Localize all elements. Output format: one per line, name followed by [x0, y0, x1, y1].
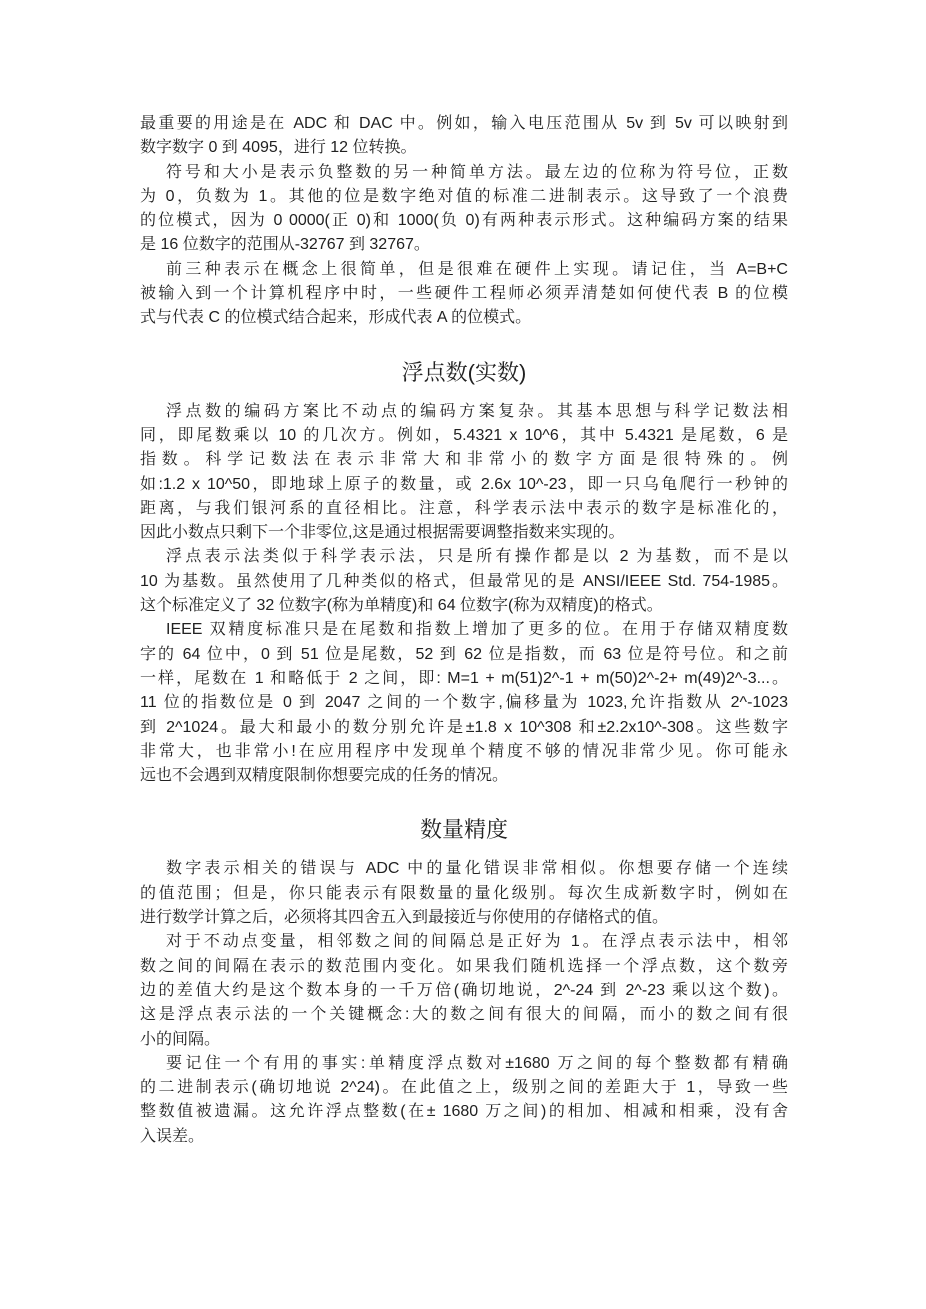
text-line: 指数。科学记数法在表示非常大和非常小的数字方面是很特殊的。例 — [140, 448, 788, 472]
text-line: 式与代表 C 的位模式结合起来，形成代表 A 的位模式。 — [140, 306, 788, 330]
paragraph: 最重要的用途是在 ADC 和 DAC 中。例如，输入电压范围从 5v 到 5v … — [140, 112, 788, 161]
text-line: 浮点数的编码方案比不动点的编码方案复杂。其基本思想与科学记数法相 — [140, 400, 788, 424]
section-heading-numeric-precision: 数量精度 — [140, 813, 788, 846]
text-line: 被输入到一个计算机程序中时，一些硬件工程师必须弄清楚如何使代表 B 的位模 — [140, 282, 788, 306]
text-line: 数字数字 0 到 4095，进行 12 位转换。 — [140, 136, 788, 160]
text-line: 前三种表示在概念上很简单，但是很难在硬件上实现。请记住，当 A=B+C — [140, 258, 788, 282]
text-line: 字的 64 位中，0 到 51 位是尾数，52 到 62 位是指数，而 63 位… — [140, 643, 788, 667]
text-line: 整数值被遗漏。这允许浮点整数(在± 1680 万之间)的相加、相减和相乘，没有舍 — [140, 1100, 788, 1124]
paragraph: 浮点数的编码方案比不动点的编码方案复杂。其基本思想与科学记数法相同，即尾数乘以 … — [140, 400, 788, 546]
text-line: IEEE 双精度标准只是在尾数和指数上增加了更多的位。在用于存储双精度数 — [140, 618, 788, 642]
paragraph: 符号和大小是表示负整数的另一种简单方法。最左边的位称为符号位，正数为 0，负数为… — [140, 161, 788, 258]
text-line: 进行数学计算之后，必须将其四舍五入到最接近与你使用的存储格式的值。 — [140, 906, 788, 930]
text-line: 数字表示相关的错误与 ADC 中的量化错误非常相似。你想要存储一个连续 — [140, 857, 788, 881]
text-line: 到 2^1024。最大和最小的数分别允许是±1.8 x 10^308 和±2.2… — [140, 716, 788, 740]
text-line: 一样，尾数在 1 和略低于 2 之间，即: M=1 + m(51)2^-1 + … — [140, 667, 788, 691]
text-line: 距离，与我们银河系的直径相比。注意，科学表示法中表示的数字是标准化的， — [140, 497, 788, 521]
text-line: 符号和大小是表示负整数的另一种简单方法。最左边的位称为符号位，正数 — [140, 161, 788, 185]
text-line: 最重要的用途是在 ADC 和 DAC 中。例如，输入电压范围从 5v 到 5v … — [140, 112, 788, 136]
text-line: 的位模式，因为 0 0000(正 0)和 1000(负 0)有两种表示形式。这种… — [140, 209, 788, 233]
text-line: 因此小数点只剩下一个非零位,这是通过根据需要调整指数来实现的。 — [140, 521, 788, 545]
paragraph: IEEE 双精度标准只是在尾数和指数上增加了更多的位。在用于存储双精度数字的 6… — [140, 618, 788, 788]
text-line: 的值范围；但是，你只能表示有限数量的量化级别。每次生成新数字时，例如在 — [140, 882, 788, 906]
text-line: 同，即尾数乘以 10 的几次方。例如，5.4321 x 10^6，其中 5.43… — [140, 424, 788, 448]
section-heading-floating-point: 浮点数(实数) — [140, 356, 788, 389]
paragraph: 要记住一个有用的事实:单精度浮点数对±1680 万之间的每个整数都有精确的二进制… — [140, 1052, 788, 1149]
text-line: 的二进制表示(确切地说 2^24)。在此值之上，级别之间的差距大于 1，导致一些 — [140, 1076, 788, 1100]
paragraph: 浮点表示法类似于科学表示法，只是所有操作都是以 2 为基数，而不是以10 为基数… — [140, 545, 788, 618]
text-line: 11 位的指数位是 0 到 2047 之间的一个数字,偏移量为 1023,允许指… — [140, 691, 788, 715]
document-page: 最重要的用途是在 ADC 和 DAC 中。例如，输入电压范围从 5v 到 5v … — [0, 0, 926, 1309]
text-line: 如:1.2 x 10^50，即地球上原子的数量，或 2.6x 10^-23，即一… — [140, 473, 788, 497]
text-line: 远也不会遇到双精度限制你想要完成的任务的情况。 — [140, 764, 788, 788]
text-line: 数之间的间隔在表示的数范围内变化。如果我们随机选择一个浮点数，这个数旁 — [140, 955, 788, 979]
text-line: 为 0，负数为 1。其他的位是数字绝对值的标准二进制表示。这导致了一个浪费 — [140, 185, 788, 209]
text-line: 非常大，也非常小!在应用程序中发现单个精度不够的情况非常少见。你可能永 — [140, 740, 788, 764]
text-line: 浮点表示法类似于科学表示法，只是所有操作都是以 2 为基数，而不是以 — [140, 545, 788, 569]
text-line: 这个标准定义了 32 位数字(称为单精度)和 64 位数字(称为双精度)的格式。 — [140, 594, 788, 618]
paragraph: 前三种表示在概念上很简单，但是很难在硬件上实现。请记住，当 A=B+C被输入到一… — [140, 258, 788, 331]
text-line: 要记住一个有用的事实:单精度浮点数对±1680 万之间的每个整数都有精确 — [140, 1052, 788, 1076]
paragraph: 对于不动点变量，相邻数之间的间隔总是正好为 1。在浮点表示法中，相邻数之间的间隔… — [140, 930, 788, 1051]
text-line: 对于不动点变量，相邻数之间的间隔总是正好为 1。在浮点表示法中，相邻 — [140, 930, 788, 954]
document-content: 最重要的用途是在 ADC 和 DAC 中。例如，输入电压范围从 5v 到 5v … — [140, 112, 788, 1149]
text-line: 是 16 位数字的范围从-32767 到 32767。 — [140, 233, 788, 257]
paragraph: 数字表示相关的错误与 ADC 中的量化错误非常相似。你想要存储一个连续的值范围；… — [140, 857, 788, 930]
text-line: 10 为基数。虽然使用了几种类似的格式，但最常见的是 ANSI/IEEE Std… — [140, 570, 788, 594]
text-line: 边的差值大约是这个数本身的一千万倍(确切地说，2^-24 到 2^-23 乘以这… — [140, 979, 788, 1003]
text-line: 这是浮点表示法的一个关键概念:大的数之间有很大的间隔，而小的数之间有很 — [140, 1003, 788, 1027]
text-line: 小的间隔。 — [140, 1028, 788, 1052]
text-line: 入误差。 — [140, 1125, 788, 1149]
